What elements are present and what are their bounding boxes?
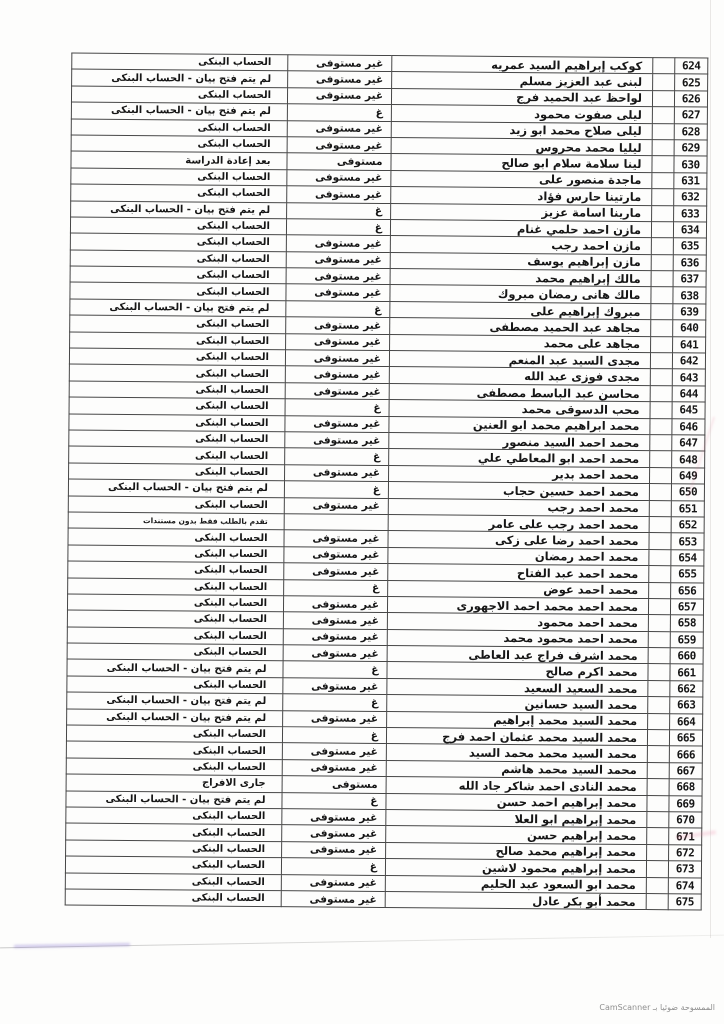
spacer-cell — [650, 418, 672, 435]
status-cell: غير مستوفى — [282, 743, 386, 760]
spacer-cell — [652, 189, 674, 206]
status-cell: غير مستوفى — [287, 87, 391, 104]
note-cell: الحساب البنكى — [69, 364, 285, 382]
spacer-cell — [651, 336, 673, 353]
spacer-cell — [649, 533, 671, 550]
note-cell: الحساب البنكى — [70, 217, 286, 235]
person-name-cell: محمد اشرف فراج عبد العاطى — [387, 646, 648, 664]
spacer-cell — [651, 238, 673, 255]
spacer-cell — [648, 615, 670, 632]
status-cell: غير مستوفى — [281, 874, 385, 891]
note-cell: لم يتم فتح بيان - الحساب البنكى — [67, 659, 283, 677]
note-cell: لم يتم فتح بيان - الحساب البنكى — [71, 201, 287, 219]
row-serial-number: 658 — [670, 615, 703, 632]
note-cell: الحساب البنكى — [70, 266, 286, 284]
row-serial-number: 653 — [671, 533, 704, 550]
spacer-cell — [648, 680, 670, 697]
person-name-cell: لواحظ عبد الحميد فرج — [391, 88, 652, 106]
status-cell: غير مستوفى — [284, 530, 388, 547]
row-serial-number: 645 — [672, 402, 705, 419]
row-serial-number: 634 — [673, 222, 706, 239]
person-name-cell: مالك إبراهيم محمد — [390, 269, 651, 287]
row-serial-number: 668 — [669, 779, 702, 796]
spacer-cell — [650, 435, 672, 452]
person-name-cell: محمد احمد رمضان — [388, 547, 649, 565]
row-serial-number: 637 — [673, 271, 706, 288]
status-cell: غير مستوفى — [282, 809, 386, 826]
status-cell: مستوفى — [287, 153, 391, 170]
status-cell: غير مستوفى — [285, 350, 389, 367]
spacer-cell — [649, 549, 671, 566]
status-cell — [284, 514, 388, 531]
person-name-cell: ليلى صلاح محمد ابو زيد — [391, 121, 652, 139]
row-serial-number: 654 — [671, 549, 704, 566]
person-name-cell: محمد إبراهيم محمود لاشين — [385, 859, 646, 877]
status-cell: غير مستوفى — [281, 891, 385, 908]
row-serial-number: 624 — [675, 58, 708, 75]
status-cell: غير مستوفى — [285, 415, 389, 432]
spacer-cell — [652, 140, 674, 157]
status-cell: غير مستوفى — [286, 251, 390, 268]
table-body: 624 كوكب إبراهيم السيد عمريه غير مستوفى … — [65, 53, 708, 910]
note-cell: الحساب البنكى — [72, 53, 288, 71]
spacer-cell — [649, 566, 671, 583]
spacer-cell — [647, 730, 669, 747]
person-name-cell: محمد ابو السعود عبد الحليم — [385, 875, 646, 893]
row-serial-number: 655 — [671, 566, 704, 583]
person-name-cell: محمد إبراهيم احمد حسن — [386, 793, 647, 811]
row-serial-number: 631 — [674, 172, 707, 189]
person-name-cell: محمد احمد السيد منصور — [389, 433, 650, 451]
note-cell: لم يتم فتح بيان - الحساب البنكى — [66, 791, 282, 809]
person-name-cell: مازن احمد حلمي غنام — [390, 219, 651, 237]
scan-crease-line — [710, 0, 711, 938]
person-name-cell: محمد احمد ابو المعاطي علي — [389, 449, 650, 467]
note-cell: الحساب البنكى — [68, 561, 284, 579]
status-cell: غير مستوفى — [282, 825, 386, 842]
person-name-cell: محمد السيد حسانين — [387, 695, 648, 713]
note-cell: الحساب البنكى — [66, 840, 282, 858]
status-cell: غير مستوفى — [287, 186, 391, 203]
note-cell: الحساب البنكى — [67, 643, 283, 661]
row-serial-number: 663 — [670, 697, 703, 714]
row-serial-number: 625 — [675, 74, 708, 91]
spacer-cell — [651, 303, 673, 320]
spacer-cell — [649, 467, 671, 484]
note-cell: الحساب البنكى — [66, 741, 282, 759]
person-name-cell: ماجدة منصور على — [391, 170, 652, 188]
status-cell: غ — [284, 481, 388, 498]
spacer-cell — [647, 762, 669, 779]
row-serial-number: 659 — [670, 631, 703, 648]
row-serial-number: 664 — [670, 713, 703, 730]
row-serial-number: 657 — [670, 599, 703, 616]
person-name-cell: محمد السيد محمد محمد السيد — [386, 744, 647, 762]
status-cell: غ — [283, 661, 387, 678]
person-name-cell: ليليا محمد محروس — [391, 137, 652, 155]
spacer-cell — [653, 58, 675, 75]
person-name-cell: محب الدسوقى محمد — [389, 400, 650, 418]
note-cell: لم يتم فتح بيان - الحساب البنكى — [70, 299, 286, 317]
note-cell: الحساب البنكى — [66, 725, 282, 743]
note-cell: الحساب البنكى — [69, 397, 285, 415]
person-name-cell: محمد احمد رجب على عامر — [388, 514, 649, 532]
status-cell: غير مستوفى — [282, 841, 386, 858]
person-name-cell: كوكب إبراهيم السيد عمريه — [392, 56, 653, 74]
note-cell: الحساب البنكى — [70, 233, 286, 251]
row-serial-number: 628 — [674, 123, 707, 140]
row-serial-number: 660 — [670, 648, 703, 665]
row-serial-number: 644 — [672, 386, 705, 403]
spacer-cell — [648, 713, 670, 730]
status-cell: غير مستوفى — [286, 235, 390, 252]
status-cell: غير مستوفى — [286, 333, 390, 350]
person-name-cell: محمد احمد عبد الفتاح — [388, 564, 649, 582]
spacer-cell — [646, 893, 668, 910]
spacer-cell — [646, 877, 668, 894]
note-cell: الحساب البنكى — [69, 348, 285, 366]
spacer-cell — [647, 828, 669, 845]
spacer-cell — [650, 451, 672, 468]
person-name-cell: مبروك إبراهيم على — [390, 301, 651, 319]
row-serial-number: 639 — [673, 304, 706, 321]
status-cell: غير مستوفى — [282, 759, 386, 776]
person-name-cell: مجاهد على محمد — [390, 334, 651, 352]
camscanner-watermark: الممسوحة ضوئيا بـ CamScanner — [599, 1003, 715, 1012]
person-name-cell: محمد اكرم صالح — [387, 662, 648, 680]
row-serial-number: 662 — [670, 681, 703, 698]
status-cell: غير مستوفى — [287, 120, 391, 137]
note-cell: الحساب البنكى — [68, 528, 284, 546]
row-serial-number: 666 — [669, 746, 702, 763]
person-name-cell: محمد السيد محمد عثمان احمد فرج — [386, 728, 647, 746]
row-serial-number: 647 — [672, 435, 705, 452]
spacer-cell — [652, 156, 674, 173]
spacer-cell — [648, 697, 670, 714]
note-cell: الحساب البنكى — [65, 889, 281, 907]
row-serial-number: 640 — [673, 320, 706, 337]
spacer-cell — [647, 812, 669, 829]
spacer-cell — [651, 221, 673, 238]
person-name-cell: مارينا اسامة عزيز — [391, 203, 652, 221]
row-serial-number: 636 — [673, 254, 706, 271]
status-cell: غير مستوفى — [288, 55, 392, 72]
row-serial-number: 652 — [671, 517, 704, 534]
note-cell: الحساب البنكى — [68, 545, 284, 563]
status-cell: غير مستوفى — [287, 137, 391, 154]
row-serial-number: 673 — [668, 861, 701, 878]
note-cell: الحساب البنكى — [67, 627, 283, 645]
status-cell: غ — [287, 104, 391, 121]
row-serial-number: 630 — [674, 156, 707, 173]
note-cell: الحساب البنكى — [69, 430, 285, 448]
status-cell: غ — [282, 727, 386, 744]
note-cell: الحساب البنكى — [70, 250, 286, 268]
spacer-cell — [647, 779, 669, 796]
note-cell: الحساب البنكى — [68, 577, 284, 595]
row-serial-number: 667 — [669, 763, 702, 780]
note-cell: الحساب البنكى — [71, 184, 287, 202]
spacer-cell — [650, 353, 672, 370]
status-cell: غير مستوفى — [284, 563, 388, 580]
person-name-cell: محمد احمد محمود محمد — [387, 629, 648, 647]
person-name-cell: مجدى فوزى عبد الله — [389, 367, 650, 385]
person-name-cell: محمد السعيد السعيد — [387, 678, 648, 696]
spacer-cell — [648, 631, 670, 648]
person-name-cell: مازن إبراهيم يوسف — [390, 252, 651, 270]
note-cell: الحساب البنكى — [68, 496, 284, 514]
note-cell: جارى الافراج — [66, 774, 282, 792]
note-cell: الحساب البنكى — [69, 414, 285, 432]
spacer-cell — [650, 402, 672, 419]
row-serial-number: 646 — [672, 418, 705, 435]
status-cell: غير مستوفى — [283, 612, 387, 629]
person-name-cell: محمد إبراهيم ابو العلا — [386, 809, 647, 827]
person-name-cell: محمد إبراهيم حسن — [386, 826, 647, 844]
note-cell: لم يتم فتح بيان - الحساب البنكى — [67, 709, 283, 727]
person-name-cell: محمد احمد حسين حجاب — [388, 482, 649, 500]
spacer-cell — [652, 172, 674, 189]
note-cell: الحساب البنكى — [67, 610, 283, 628]
spacer-cell — [651, 287, 673, 304]
note-cell: الحساب البنكى — [67, 676, 283, 694]
person-name-cell: محمد السيد محمد هاشم — [386, 760, 647, 778]
note-cell: لم يتم فتح بيان - الحساب البنكى — [67, 692, 283, 710]
note-cell: الحساب البنكى — [66, 807, 282, 825]
status-cell: غير مستوفى — [283, 628, 387, 645]
person-name-cell: مالك هانى رمضان مبروك — [390, 285, 651, 303]
row-serial-number: 632 — [674, 189, 707, 206]
status-cell: غير مستوفى — [284, 546, 388, 563]
row-serial-number: 635 — [673, 238, 706, 255]
person-name-cell: محمد السيد محمد إبراهيم — [387, 711, 648, 729]
spacer-cell — [648, 648, 670, 665]
status-cell: غير مستوفى — [288, 71, 392, 88]
note-cell: الحساب البنكى — [71, 168, 287, 186]
row-serial-number: 641 — [673, 336, 706, 353]
spacer-cell — [647, 844, 669, 861]
spacer-cell — [646, 861, 668, 878]
status-cell: مستوفى — [282, 776, 386, 793]
status-cell: غ — [284, 579, 388, 596]
row-serial-number: 672 — [669, 844, 702, 861]
row-serial-number: 669 — [669, 795, 702, 812]
status-cell: غير مستوفى — [283, 710, 387, 727]
person-name-cell: محمد النادى احمد شاكر جاد الله — [386, 777, 647, 795]
status-cell: غ — [285, 399, 389, 416]
spacer-cell — [649, 500, 671, 517]
status-cell: غ — [282, 792, 386, 809]
spacer-cell — [650, 385, 672, 402]
note-cell: الحساب البنكى — [65, 873, 281, 891]
row-serial-number: 665 — [669, 730, 702, 747]
status-cell: غير مستوفى — [283, 678, 387, 695]
person-name-cell: محاسن عبد الباسط مصطفى — [389, 383, 650, 401]
row-serial-number: 642 — [672, 353, 705, 370]
person-name-cell: مجاهد عبد الحميد مصطفى — [390, 318, 651, 336]
note-cell: الحساب البنكى — [71, 119, 287, 137]
status-cell: غ — [287, 202, 391, 219]
row-serial-number: 675 — [668, 894, 701, 911]
spacer-cell — [652, 107, 674, 124]
status-cell: غير مستوفى — [284, 497, 388, 514]
note-cell: لم يتم فتح بيان - الحساب البنكى — [72, 69, 288, 87]
note-cell: الحساب البنكى — [65, 856, 281, 874]
person-name-cell: لبنى عبد العزيز مسلم — [392, 72, 653, 90]
spacer-cell — [649, 484, 671, 501]
note-cell: الحساب البنكى — [69, 463, 285, 481]
spacer-cell — [647, 746, 669, 763]
row-serial-number: 656 — [671, 582, 704, 599]
status-cell: غ — [281, 858, 385, 875]
spacer-cell — [650, 369, 672, 386]
note-cell: لم يتم فتح بيان - الحساب البنكى — [68, 479, 284, 497]
note-cell: الحساب البنكى — [69, 381, 285, 399]
status-cell: غ — [285, 448, 389, 465]
row-serial-number: 670 — [669, 812, 702, 829]
row-serial-number: 638 — [673, 287, 706, 304]
status-cell: غير مستوفى — [285, 366, 389, 383]
person-name-cell: محمد ابراهيم محمد ابو العنين — [389, 416, 650, 434]
row-serial-number: 661 — [670, 664, 703, 681]
spacer-cell — [651, 320, 673, 337]
note-cell: الحساب البنكى — [70, 282, 286, 300]
row-serial-number: 674 — [668, 877, 701, 894]
status-cell: غير مستوفى — [287, 169, 391, 186]
note-cell: الحساب البنكى — [71, 135, 287, 153]
status-cell: غير مستوفى — [285, 432, 389, 449]
status-cell: غير مستوفى — [286, 317, 390, 334]
person-name-cell: محمد إبراهيم محمد صالح — [386, 842, 647, 860]
row-serial-number: 649 — [671, 468, 704, 485]
spacer-cell — [652, 90, 674, 107]
note-cell: الحساب البنكى — [70, 315, 286, 333]
status-cell: غير مستوفى — [285, 383, 389, 400]
person-name-cell: مجدى السيد عبد المنعم — [389, 351, 650, 369]
spacer-cell — [652, 123, 674, 140]
status-cell: غ — [286, 219, 390, 236]
spacer-cell — [647, 795, 669, 812]
person-name-cell: ليلى صفوت محمود — [391, 105, 652, 123]
note-cell: الحساب البنكى — [67, 594, 283, 612]
person-name-cell: محمد احمد عوض — [388, 580, 649, 598]
spacer-cell — [649, 582, 671, 599]
person-name-cell: محمد احمد بدير — [388, 465, 649, 483]
row-serial-number: 627 — [674, 107, 707, 124]
person-name-cell: محمد احمد محمد احمد الاجهورى — [387, 596, 648, 614]
status-cell: غير مستوفى — [286, 268, 390, 285]
person-name-cell: محمد احمد رضا على زكى — [388, 531, 649, 549]
note-cell: الحساب البنكى — [66, 758, 282, 776]
status-cell: غ — [286, 301, 390, 318]
status-cell: غير مستوفى — [283, 645, 387, 662]
row-serial-number: 629 — [674, 140, 707, 157]
row-serial-number: 633 — [674, 205, 707, 222]
note-cell: تقدم بالطلب فقط بدون مستندات — [68, 512, 284, 530]
row-serial-number: 643 — [672, 369, 705, 386]
person-name-cell: مارتينا حارس فؤاد — [391, 187, 652, 205]
spacer-cell — [653, 74, 675, 91]
note-cell: بعد إعادة الدراسة — [71, 151, 287, 169]
scan-ink-smudge — [14, 943, 130, 948]
spacer-cell — [651, 271, 673, 288]
person-name-cell: محمد احمد محمود — [387, 613, 648, 631]
status-cell: غير مستوفى — [286, 284, 390, 301]
status-cell: غير مستوفى — [283, 596, 387, 613]
person-name-cell: مازن احمد رجب — [390, 236, 651, 254]
scanned-student-list-table: 624 كوكب إبراهيم السيد عمريه غير مستوفى … — [65, 53, 709, 911]
note-cell: الحساب البنكى — [66, 823, 282, 841]
spacer-cell — [649, 517, 671, 534]
person-name-cell: محمد احمد رجب — [388, 498, 649, 516]
spacer-cell — [648, 664, 670, 681]
note-cell: الحساب البنكى — [71, 86, 287, 104]
note-cell: الحساب البنكى — [69, 446, 285, 464]
row-serial-number: 651 — [671, 500, 704, 517]
note-cell: الحساب البنكى — [70, 332, 286, 350]
person-name-cell: لينا سلامة سلام ابو صالح — [391, 154, 652, 172]
row-serial-number: 626 — [674, 91, 707, 108]
note-cell: لم يتم فتح بيان - الحساب البنكى — [71, 102, 287, 120]
status-cell: غير مستوفى — [285, 464, 389, 481]
status-cell: غ — [283, 694, 387, 711]
spacer-cell — [652, 205, 674, 222]
person-name-cell: محمد أبو بكر عادل — [385, 891, 646, 909]
spacer-cell — [651, 254, 673, 271]
spacer-cell — [648, 598, 670, 615]
